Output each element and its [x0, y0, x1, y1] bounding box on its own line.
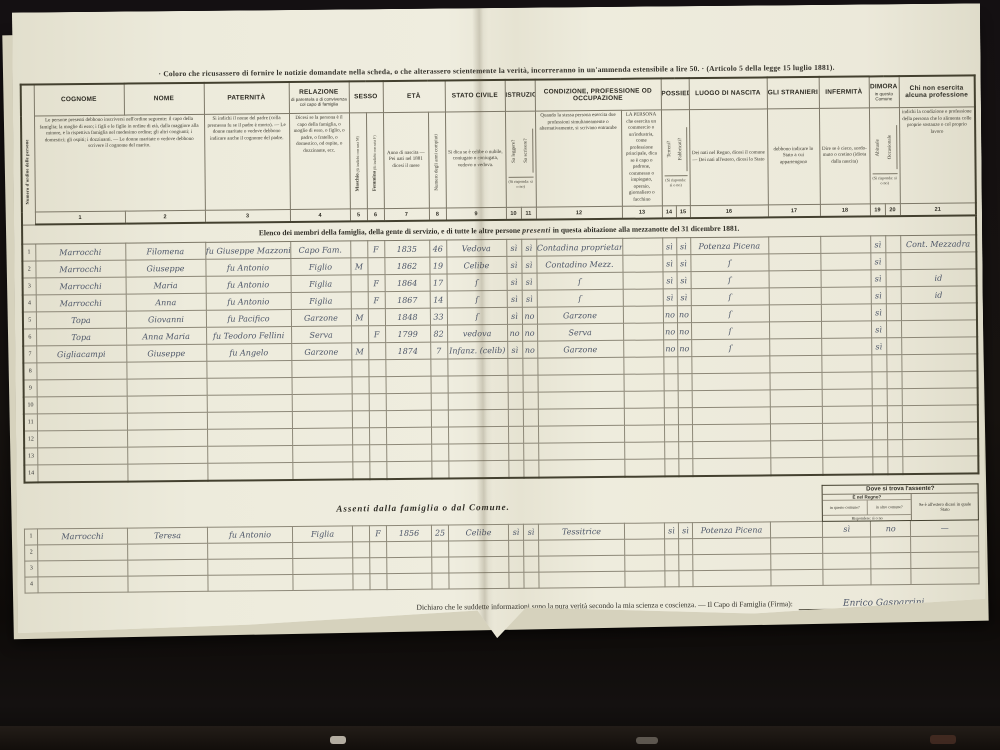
handwritten-cell: F	[368, 326, 385, 343]
handwritten-cell	[665, 570, 679, 586]
handwritten-cell: Potenza Picena	[690, 237, 768, 255]
handwritten-cell	[432, 540, 449, 556]
handwritten-cell	[538, 459, 624, 477]
handwritten-cell	[448, 375, 508, 393]
handwritten-cell	[447, 358, 507, 376]
handwritten-cell	[821, 355, 871, 372]
handwritten-cell: Infanz. (celib)	[447, 341, 507, 359]
handwritten-cell	[206, 360, 291, 378]
handwritten-cell	[823, 536, 871, 552]
handwritten-cell: sì	[507, 307, 522, 324]
handwritten-cell	[664, 391, 678, 408]
col-header-paternita: PATERNITÀ	[204, 82, 289, 114]
handwritten-cell: Giuseppe	[125, 259, 205, 277]
col-header-row-index: Numero d'ordine delle persone	[21, 84, 35, 224]
handwritten-cell	[523, 426, 538, 443]
handwritten-cell: F	[369, 525, 386, 541]
handwritten-cell	[622, 255, 662, 272]
subcol-anni-compiuti: Numero degli anni compiuti	[428, 112, 446, 208]
handwritten-cell	[128, 559, 208, 576]
handwritten-cell	[387, 557, 432, 573]
handwritten-cell: fu Pacifico	[206, 309, 291, 327]
handwritten-cell	[370, 573, 387, 589]
handwritten-cell	[386, 427, 431, 444]
handwritten-cell	[369, 377, 386, 394]
row-number: 1	[22, 244, 35, 261]
handwritten-cell	[871, 552, 911, 568]
handwritten-cell: Serva	[291, 326, 351, 344]
handwritten-cell	[522, 358, 537, 375]
handwritten-cell	[508, 443, 523, 460]
handwritten-cell	[431, 461, 448, 478]
handwritten-cell	[911, 551, 979, 568]
handwritten-cell	[524, 556, 539, 572]
handwritten-cell	[352, 377, 369, 394]
handwritten-cell	[508, 392, 523, 409]
handwritten-cell	[624, 391, 664, 408]
handwritten-cell	[821, 270, 871, 287]
handwritten-cell	[449, 540, 509, 557]
handwritten-cell: ſ	[537, 272, 623, 290]
handwritten-cell: sì	[522, 273, 537, 290]
col-header-dimora: DIMORAin questo Comune	[869, 76, 899, 108]
handwritten-cell	[901, 354, 977, 372]
row-number: 1	[24, 528, 37, 544]
handwritten-cell: no	[663, 306, 677, 323]
handwritten-cell	[386, 444, 431, 461]
handwritten-cell	[208, 558, 293, 575]
col-header-stranieri: GLI STRANIERI	[767, 77, 819, 109]
handwritten-cell: Anna Maria	[126, 327, 206, 345]
handwritten-cell	[539, 555, 625, 572]
desc-stato-civile: Si dica se è celibe o nubile, coniugato …	[445, 111, 506, 208]
handwritten-cell	[887, 389, 902, 406]
handwritten-cell	[350, 241, 367, 258]
handwritten-cell: Marrocchi	[36, 277, 126, 295]
handwritten-cell: Garzone	[291, 343, 351, 361]
col-header-cognome: COGNOME	[34, 84, 124, 116]
handwritten-cell	[509, 556, 524, 572]
handwritten-cell	[353, 557, 370, 573]
handwritten-cell: Giovanni	[126, 310, 206, 328]
handwritten-cell: F	[367, 241, 384, 258]
handwritten-cell	[431, 410, 448, 427]
handwritten-cell	[127, 378, 207, 396]
handwritten-cell: 82	[430, 325, 447, 342]
handwritten-cell	[386, 410, 431, 427]
handwritten-cell: sì	[663, 289, 677, 306]
handwritten-cell	[822, 389, 872, 406]
handwritten-cell	[871, 355, 886, 372]
handwritten-cell: sì	[678, 522, 692, 538]
handwritten-cell	[624, 408, 664, 425]
handwritten-cell	[886, 304, 901, 321]
handwritten-cell	[524, 572, 539, 588]
handwritten-cell	[207, 411, 292, 429]
handwritten-cell: ſ	[691, 288, 769, 306]
handwritten-cell	[770, 389, 822, 406]
handwritten-cell: sì	[871, 338, 886, 355]
handwritten-cell	[353, 541, 370, 557]
handwritten-cell	[352, 428, 369, 445]
handwritten-cell	[208, 542, 293, 559]
handwritten-cell: fu Antonio	[205, 258, 290, 276]
handwritten-cell	[901, 303, 977, 321]
subcols-dimora: AbitualeOccasionale(Si risponda: sì o no…	[869, 108, 900, 204]
handwritten-cell: sì	[870, 253, 885, 270]
handwritten-cell	[901, 337, 977, 355]
handwritten-cell	[449, 556, 509, 573]
handwritten-cell	[37, 447, 127, 465]
handwritten-cell	[769, 321, 821, 338]
handwritten-cell	[292, 462, 352, 480]
handwritten-cell	[692, 390, 770, 408]
handwritten-cell	[36, 362, 126, 380]
handwritten-cell: Vedova	[446, 239, 506, 257]
handwritten-cell	[38, 576, 128, 593]
handwritten-cell	[822, 406, 872, 423]
handwritten-cell	[678, 442, 692, 459]
row-number: 14	[24, 465, 37, 482]
handwritten-cell: ſ	[690, 254, 768, 272]
handwritten-cell: fu Giuseppe Mazzoni	[205, 242, 290, 260]
handwritten-cell	[769, 355, 821, 372]
handwritten-cell	[900, 252, 976, 270]
handwritten-cell	[872, 423, 887, 440]
handwritten-cell	[538, 442, 624, 460]
handwritten-cell: ſ	[447, 273, 507, 291]
handwritten-cell: Maria	[126, 276, 206, 294]
handwritten-cell	[770, 406, 822, 423]
handwritten-cell: fu Antonio	[207, 526, 292, 543]
handwritten-cell	[369, 462, 386, 479]
handwritten-cell	[523, 443, 538, 460]
handwritten-cell: Cont. Mezzadra	[900, 235, 976, 253]
handwritten-cell: 46	[429, 240, 446, 257]
handwritten-cell	[693, 537, 771, 554]
handwritten-cell	[624, 522, 664, 538]
handwritten-cell	[367, 258, 384, 275]
handwritten-cell	[886, 321, 901, 338]
handwritten-cell	[820, 236, 870, 253]
row-number: 6	[23, 329, 36, 346]
handwritten-cell	[692, 441, 770, 459]
handwritten-cell	[293, 573, 353, 590]
handwritten-cell: ſ	[691, 305, 769, 323]
handwritten-cell: Figlia	[292, 525, 352, 542]
handwritten-cell: no	[522, 324, 537, 341]
handwritten-cell	[902, 439, 978, 457]
handwritten-cell	[771, 569, 823, 586]
handwritten-cell	[507, 358, 522, 375]
handwritten-cell: Marrocchi	[36, 294, 126, 312]
row-number: 3	[25, 560, 38, 576]
handwritten-cell	[769, 270, 821, 287]
handwritten-cell	[624, 442, 664, 459]
handwritten-cell	[432, 572, 449, 588]
handwritten-cell	[368, 360, 385, 377]
row-number: 2	[22, 261, 35, 278]
handwritten-cell: ſ	[447, 307, 507, 325]
handwritten-cell	[872, 457, 887, 474]
handwritten-cell: Garzone	[291, 309, 351, 327]
handwritten-cell	[871, 568, 911, 584]
photograph-scene: · Coloro che ricusassero di fornire le n…	[0, 0, 1000, 750]
handwritten-cell	[387, 573, 432, 589]
row-number: 2	[25, 544, 38, 560]
handwritten-cell	[902, 456, 978, 474]
row-number: 4	[25, 576, 38, 592]
handwritten-cell	[625, 570, 665, 586]
handwritten-cell	[821, 338, 871, 355]
handwritten-cell	[887, 406, 902, 423]
handwritten-cell	[207, 377, 292, 395]
handwritten-cell: 1867	[385, 291, 430, 308]
handwritten-cell: fu Antonio	[206, 292, 291, 310]
handwritten-cell	[886, 270, 901, 287]
handwritten-cell	[678, 374, 692, 391]
handwritten-cell: sì	[871, 287, 886, 304]
handwritten-cell	[351, 326, 368, 343]
handwritten-cell: M	[351, 343, 368, 360]
handwritten-cell	[625, 554, 665, 570]
handwritten-cell	[823, 568, 871, 584]
handwritten-cell	[539, 539, 625, 556]
handwritten-cell	[692, 458, 770, 476]
handwritten-cell	[292, 394, 352, 412]
handwritten-cell	[693, 553, 771, 570]
handwritten-cell	[508, 409, 523, 426]
handwritten-cell	[369, 428, 386, 445]
handwritten-cell	[538, 425, 624, 443]
col-header-eta: ETÀ	[383, 81, 445, 113]
handwritten-cell	[902, 405, 978, 423]
handwritten-cell	[872, 406, 887, 423]
handwritten-cell: Contadino Mezz.	[536, 255, 622, 273]
row-number: 4	[23, 295, 36, 312]
desc-relazione: Dicesi se la persona è il capo della fam…	[289, 113, 350, 210]
absent-rows: 1MarrocchiTeresafu AntonioFigliaF185625C…	[24, 519, 979, 592]
row-number: 9	[24, 380, 37, 397]
handwritten-cell: id	[901, 286, 977, 304]
handwritten-cell: Figlia	[291, 292, 351, 310]
handwritten-cell: 1835	[384, 240, 429, 257]
handwritten-cell: sì	[871, 270, 886, 287]
handwritten-cell	[821, 287, 871, 304]
handwritten-cell: 19	[429, 257, 446, 274]
handwritten-cell	[523, 409, 538, 426]
handwritten-cell	[431, 444, 448, 461]
handwritten-cell	[679, 554, 693, 570]
handwritten-cell	[431, 427, 448, 444]
handwritten-cell	[448, 443, 508, 461]
desc-infermita: Dire se è cieco, sordo-muto o cretino (i…	[819, 108, 870, 204]
handwritten-cell	[624, 425, 664, 442]
present-rows: 1MarrocchiFilomenafu Giuseppe MazzoniCap…	[22, 235, 978, 482]
present-persons-table: Numero d'ordine delle persone COGNOME NO…	[20, 74, 980, 483]
handwritten-cell: 1856	[386, 525, 431, 541]
handwritten-cell	[886, 287, 901, 304]
handwritten-cell	[679, 538, 693, 554]
handwritten-cell: no	[663, 340, 677, 357]
handwritten-cell: Capo Fam.	[290, 241, 350, 259]
row-number: 13	[24, 448, 37, 465]
handwritten-cell	[127, 463, 207, 481]
handwritten-cell: 17	[430, 274, 447, 291]
col-header-sesso: SESSO	[349, 81, 383, 113]
handwritten-cell	[523, 375, 538, 392]
handwritten-cell	[352, 445, 369, 462]
col-header-chi-non-esercita: Chi non esercita alcuna professione	[899, 75, 975, 107]
handwritten-cell	[523, 460, 538, 477]
handwritten-cell: sì	[506, 239, 521, 256]
handwritten-cell	[902, 388, 978, 406]
handwritten-cell	[770, 372, 822, 389]
handwritten-cell	[37, 464, 127, 482]
handwritten-cell	[823, 552, 871, 568]
col-header-possiede: POSSIEDE	[661, 78, 689, 110]
handwritten-cell	[449, 572, 509, 589]
handwritten-cell	[432, 556, 449, 572]
handwritten-cell	[769, 304, 821, 321]
table-object	[636, 737, 658, 744]
desc-luogo-nascita: Dei nati nel Regno, dicesi il comune — D…	[689, 109, 768, 206]
handwritten-cell: 14	[430, 291, 447, 308]
handwritten-cell	[623, 340, 663, 357]
handwritten-cell: M	[350, 258, 367, 275]
handwritten-cell	[692, 424, 770, 442]
handwritten-cell	[887, 372, 902, 389]
handwritten-cell	[207, 428, 292, 446]
handwritten-cell	[38, 560, 128, 577]
handwritten-cell	[822, 372, 872, 389]
handwritten-cell	[821, 321, 871, 338]
subcol-anno-nascita: Anno di nascita — Pei nati nel 1881 dice…	[383, 112, 429, 208]
handwritten-cell: sì	[677, 289, 691, 306]
handwritten-cell	[508, 460, 523, 477]
handwritten-cell	[127, 429, 207, 447]
handwritten-cell: Teresa	[127, 527, 207, 544]
row-number: 12	[24, 431, 37, 448]
handwritten-cell	[665, 538, 679, 554]
handwritten-cell	[431, 376, 448, 393]
handwritten-cell	[911, 535, 979, 552]
handwritten-cell	[771, 553, 823, 570]
handwritten-cell	[369, 411, 386, 428]
subcol-maschio: Maschio(Si indichi con una M)	[349, 113, 367, 209]
handwritten-cell	[887, 423, 902, 440]
handwritten-cell: Potenza Picena	[692, 521, 770, 538]
handwritten-cell	[664, 425, 678, 442]
handwritten-cell	[448, 409, 508, 427]
handwritten-cell: Garzone	[537, 340, 623, 358]
whereabouts-box: Dove si trova l'assente? È nel Regno? in…	[822, 483, 978, 520]
handwritten-cell: sì	[664, 522, 678, 538]
handwritten-cell	[351, 360, 368, 377]
handwritten-cell	[822, 440, 872, 457]
handwritten-cell: sì	[662, 238, 676, 255]
handwritten-cell	[692, 407, 770, 425]
handwritten-cell: Filomena	[125, 242, 205, 260]
table-edge	[0, 726, 1000, 750]
handwritten-cell	[207, 394, 292, 412]
handwritten-cell: no	[522, 307, 537, 324]
handwritten-cell	[127, 395, 207, 413]
handwritten-cell	[539, 571, 625, 588]
handwritten-cell	[448, 392, 508, 410]
handwritten-cell	[820, 253, 870, 270]
handwritten-cell	[292, 411, 352, 429]
desc-stranieri: debbono indicare lo Stato a cui apparten…	[767, 108, 820, 204]
handwritten-cell	[352, 394, 369, 411]
handwritten-cell	[431, 393, 448, 410]
handwritten-cell: Marrocchi	[35, 260, 125, 278]
col-header-stato-civile: STATO CIVILE	[445, 80, 505, 112]
declaration-text: Dichiaro che le suddette informazioni so…	[416, 599, 792, 612]
handwritten-cell	[538, 408, 624, 426]
handwritten-cell: Marrocchi	[37, 528, 127, 545]
handwritten-cell	[693, 569, 771, 586]
handwritten-cell: Marrocchi	[35, 243, 125, 261]
handwritten-cell	[37, 396, 127, 414]
handwritten-cell	[622, 238, 662, 255]
row-number: 5	[23, 312, 36, 329]
handwritten-cell	[369, 445, 386, 462]
handwritten-cell	[538, 374, 624, 392]
table-object	[930, 735, 956, 744]
desc-condizione-13: LA PERSONA che esercita un commercio o u…	[621, 110, 662, 206]
row-number: 3	[23, 278, 36, 295]
handwritten-cell: vedova	[447, 324, 507, 342]
handwritten-cell: fu Angelo	[206, 343, 291, 361]
handwritten-cell	[386, 376, 431, 393]
handwritten-cell: no	[677, 323, 691, 340]
handwritten-cell: sì	[506, 256, 521, 273]
desc-chi-non-esercita: indichi la condizione e professione dell…	[899, 107, 976, 204]
handwritten-cell: id	[901, 269, 977, 287]
handwritten-cell	[207, 445, 292, 463]
handwritten-cell: F	[368, 275, 385, 292]
handwritten-cell	[887, 440, 902, 457]
subcols-istruzione: Sa leggere?Sa scrivere?(Si risponda: sì …	[505, 111, 536, 207]
handwritten-cell	[887, 457, 902, 474]
handwritten-cell: ſ	[447, 290, 507, 308]
handwritten-cell	[370, 541, 387, 557]
handwritten-cell: 1864	[385, 274, 430, 291]
row-number: 7	[23, 346, 36, 363]
handwritten-cell	[368, 343, 385, 360]
handwritten-cell	[678, 459, 692, 476]
handwritten-cell: Contadina proprietaria	[536, 238, 622, 256]
desc-paternita: Si indichi il nome del padre (colla prem…	[204, 114, 290, 211]
handwritten-cell	[770, 457, 822, 474]
table-object	[330, 736, 346, 744]
handwritten-cell: —	[911, 519, 979, 536]
handwritten-cell	[692, 373, 770, 391]
handwritten-cell	[664, 408, 678, 425]
handwritten-cell: Garzone	[537, 306, 623, 324]
handwritten-cell: 1874	[385, 342, 430, 359]
handwritten-cell: fu Antonio	[206, 275, 291, 293]
handwritten-cell: sì	[521, 239, 536, 256]
handwritten-cell	[769, 287, 821, 304]
handwritten-cell: 1848	[385, 308, 430, 325]
handwritten-cell	[293, 557, 353, 574]
handwritten-cell	[664, 459, 678, 476]
handwritten-cell: no	[663, 323, 677, 340]
col-header-infermita: INFERMITÀ	[819, 76, 869, 108]
handwritten-cell	[386, 461, 431, 478]
